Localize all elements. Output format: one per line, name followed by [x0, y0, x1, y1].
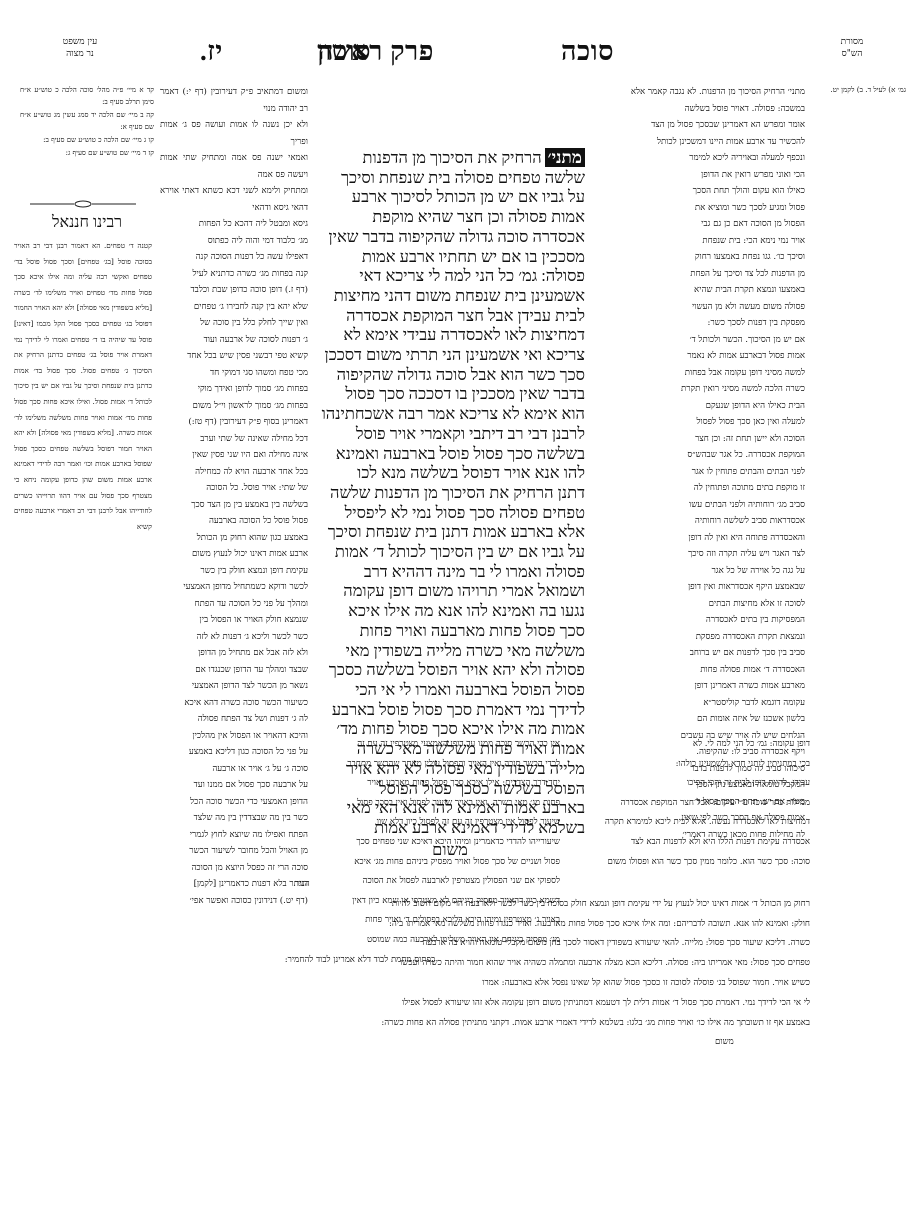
rashi-bottom: דופן עקומה: גמ׳ כל הני למה לי. לא בכי במ… [575, 735, 810, 872]
gemara-line: על גביו אם יש מן הכותל לסיכוך ארבע [315, 187, 585, 207]
gemara-line: מסככין בו אם יש תחתיו ארבע אמות [315, 247, 585, 267]
tosafot-line: פסול ושניים של סכך פסול ואויר מפסיק ביני… [160, 853, 560, 873]
rashi-line: לפני הבתים והבתים פתוחין לו אגר [590, 464, 805, 481]
masoret-note: גמ׳ א) לעיל ד. ב) לקמן יט. [816, 84, 906, 96]
mishnah-lead-word: מתני׳ [545, 148, 585, 167]
gemara-line: משלשה מאי כשרה מלייה בשפודין מאי [315, 641, 585, 661]
tosafot-line: מג׳ כלבוד דמי והוה ליה כפתוס [160, 233, 308, 250]
gemara-line: לרבנן דבי רב דיתבי וקאמרי אויר פוסל [315, 424, 585, 444]
rashi-line: מן הדפנות לכל צד וסיכך על הפחת [590, 266, 805, 283]
ein-mishpat-entry: קו ג מיי׳ שם הלכה כ טוש״ע שם סעיף ב: [20, 134, 154, 146]
tosafot-line: מכי טפח ומשהו סגי דמוקי חד [160, 365, 308, 382]
rashi-wide-line: טפחים סכך פסול: מאי אמריתו ביה: פסולה. ד… [155, 954, 810, 974]
rashi-line: כשרה הלכה למשה מסיני רואין תקרת [590, 381, 805, 398]
tosafot-line: בשלשה בין באמצע בין מן הצד סכך [160, 497, 308, 514]
gemara-line: צריכא ואי אשמעינן הני תרתי משום דסככן [315, 345, 585, 365]
tosafot-line: בפחות מג׳ סמוך לראשון וי״ל משום [160, 398, 308, 415]
gemara-line: סכך פסול פחות מארבעה ואויר פחות [315, 621, 585, 641]
tosafot-line: בפחות מג׳ סמוך לדופן ואידך מוקי [160, 381, 308, 398]
rashi-line: המוקפת אכסדרה. כל אגר שבהש״ס [590, 447, 805, 464]
tosafot-line: דאפילו עשה כל דפנות הסוכה קנה [160, 249, 308, 266]
ornament-icon [28, 200, 138, 208]
rashi-line: כאילו הוא עקום והולך תחת הסכך [590, 183, 805, 200]
gemara-line: טפחים פסולה סכך פסול נמי לא ליפסיל [315, 503, 585, 523]
rashi-wide-line: כשרה. דליכא שיעור סכך פסול: מלייה. להאי … [155, 934, 810, 954]
gemara-line: שלשה טפחים פסולה בית שנפחת וסיכך [315, 168, 585, 188]
gemara-line: ושמואל אמרי תרויהו משום דופן עקומה [315, 581, 585, 601]
rashi-wide-line: באמצע אף זו תשובתך מה אילו כו׳ ואויר פחו… [155, 1014, 810, 1034]
gemara-line: אלא בארבע אמות דתנן בית שנפחת וסיכך [315, 522, 585, 542]
masoret-hashas-notes: גמ׳ א) לעיל ד. ב) לקמן יט. [816, 84, 906, 96]
rashi-line: על גגה כל אוירה של כל אגר [590, 563, 805, 580]
tosafot-line: לכשר ודוקא כשמתחיל מדופן האמצעי [160, 579, 308, 596]
rashi-wide-line: חולק: ואמינא להו אנא. תשובה לדבריהם: ומה… [155, 915, 810, 935]
rashi-wide-bottom: הנגד רחוק מן הכותל ד׳ אמות דאינו יכול לנ… [155, 875, 810, 1053]
gemara-line: פסול הפוסל בארבעה ואמרו לי אי הכי [315, 680, 585, 700]
gemara-line: נגעו בה ואמינא להו אנא מה אילו איכא [315, 601, 585, 621]
tosafot-line: ולא לזה אבל אם מתחיל מן הדופן [160, 645, 308, 662]
tosafot-line: באמצע כגון שהוא רחוק מן הכותל [160, 530, 308, 547]
folio-number: יז. [200, 36, 223, 67]
tractate-name-left: סוכה [318, 36, 371, 67]
gemara-line: על גביו אם יש בין הסיכוך לכותל ד׳ אמות [315, 542, 585, 562]
rashi-line: אם יש מן הסיכוך. הכשר ולכותל ד׳ [590, 332, 805, 349]
rashi-line: לצד האגר ויש עליה תקרה וזה סיכך [590, 546, 805, 563]
rashi-line: המפסיקות בין בתים לאכסדרה [590, 612, 805, 629]
tosafot-line: (דף ז.) דופן סוכה כדופן שבת וכלבד [160, 282, 308, 299]
gemara-line: פסולה ולא יהא אויר הפוסל בשלשה כסכך [315, 660, 585, 680]
tosafot-line: קנה בפחות מג׳ כשרה כדתניא לעיל [160, 266, 308, 283]
ornament-divider [28, 200, 138, 211]
ein-mishpat-entry: קז ד מיי׳ שם טוש״ע שם סעיף ג: [20, 147, 154, 159]
rashi-line: פסול ומגיע לסכך כשר ומוציא את [590, 200, 805, 217]
tosafot-line: פסול פוסל כל הסוכה בארבעה [160, 513, 308, 530]
rashi-line: סביב בין סכך לדפנות אם יש ברוחב [590, 645, 805, 662]
tosafot-catchword: הנגד [155, 875, 810, 895]
rashi-line: ונמצאת תקרת האכסדרה מפסקת [590, 629, 805, 646]
rashi-line: דמחיצות לאו לאכסדרה נעשה. אלא לבית ליכא … [575, 813, 810, 833]
rashi-line: במשכה: פסולה. דאויר פוסל בשלשה [590, 101, 805, 118]
tosafot-line: של שתי: אויר פוסל. כל הסוכה [160, 480, 308, 497]
rashi-line: מארבע אמות כשרה דאמרינן דופן [590, 678, 805, 695]
rashi-line: וסיכך כו׳. גגו נפחת באמצעו רחוק [590, 249, 805, 266]
rashi-line: בכי במתניתין ליתני חדא ולשמעינן כולהו: [575, 755, 810, 775]
rashi-line: למשה מסיני דופן עקומה אבל בפחות [590, 365, 805, 382]
tosafot-line: שנמצא חולק האויר או הפסול בין [160, 612, 308, 629]
rashi-line: למעלה ואין כאן סכך פסול לפסול [590, 414, 805, 431]
rashi-line: סביב מג׳ רוחותיה ולפני הבתים עשו [590, 497, 805, 514]
ein-mishpat-entry: קד א מיי׳ פ״ה מהל׳ סוכה הלכה כ טוש״ע א״ח… [20, 84, 154, 108]
masoret-hashas-label: מסורת הש"ס [812, 36, 892, 60]
tosafot-line: כשיעור הכשר סוכה כשרה דהא איכא [160, 695, 308, 712]
gemara-line: מתני׳הרחיק את הסיכוך מן הדפנות [315, 148, 585, 168]
rashi-wide-line: כשיש אויר. חמור שפוסל בג׳ פוסלה לסוכה זו… [155, 974, 810, 994]
page-catchword: משום [155, 1033, 810, 1053]
tosafot-line: ארבע אמות דאינו יכול לנעוץ משום [160, 546, 308, 563]
rashi-wide-line: לי אי הכי לדידך נמי. דאמרת סכך פסול ד׳ א… [155, 994, 810, 1014]
gemara-line: להו אנא אויר דפוסל בשלשה מנא לכו [315, 463, 585, 483]
rashi-line: אומר ומפרש הא דאמרינן שבסכך פסול מן הצד [590, 117, 805, 134]
gemara-line: פסולה ואמרו לי בר מינה דההיא דרב [315, 562, 585, 582]
tosafot-line: לה ג׳ דפנות ושל צד הפתח פסולה [160, 711, 308, 728]
rabbeinu-chananel-paragraph: קטנה ד׳ טפחים. הא דאמור רבנן דבי רב האוי… [14, 238, 152, 534]
rashi-line: שבאמצע היקף אכסדראות ואין דופן [590, 579, 805, 596]
rashi-line: הכי ואוני מפרש רואין את הדופן [590, 167, 805, 184]
rabbeinu-chananel-text: קטנה ד׳ טפחים. הא דאמור רבנן דבי רב האוי… [14, 238, 152, 534]
gemara-line: אמות פסולה וכן חצר שהיא מוקפת [315, 207, 585, 227]
ein-mishpat-entry: קה ב מיי׳ שם הלכה יד סמג עשין מג טוש״ע א… [20, 109, 154, 133]
tosafot-line: כשר לכשר וליכא ג׳ דפנות לא לזה [160, 629, 308, 646]
rashi-line: ממילות כתר סוכה ע״י עיקום: אבל חצר המוקפ… [575, 794, 810, 814]
rashi-line: בלשון אשכנז של איזה אומות הם [590, 711, 805, 728]
rashi-line: הבית כאילו היא הדופן שנעקם [590, 398, 805, 415]
tosafot-line: שבצד ומהלך עד הדופן שכנגדו אם [160, 662, 308, 679]
rashi-line: באמצעו ונמצא תקרת הבית שהיא [590, 282, 805, 299]
rashi-wide-line: רחוק מן הכותל ד׳ אמות דאינו יכול לנעוץ ע… [155, 895, 810, 915]
tosafot-line: ומשום דמתאיב פ״ק דעירובין (דף י:) דאמר ר… [160, 84, 308, 117]
tosafot-line: אינה מחילה ואם היו שני פסין שאין [160, 447, 308, 464]
tosafot-line: בכל אחד ארבעה הויא לה כמחילה [160, 464, 308, 481]
rashi-line: הפסול מן הסוכה דאם כן גם גבי [590, 216, 805, 233]
rashi-line: אויר נמי נימא הכי: בית שנפחת [590, 233, 805, 250]
tosafot-line: לכדי הכשר סוכה ואין האויר והפסול עולין מ… [160, 755, 560, 775]
rashi-line: הסוכה ולא יישן תחת זה: וכן חצר [590, 431, 805, 448]
rashi-line: זו מוקפת בתים מתוכה ופתוחין לה [590, 480, 805, 497]
gemara-line: הוא אימא לא צריכא אמר רבה אשכחתינהו [315, 404, 585, 424]
rashi-line: להכשיר עד ארבע אמות היינו דמשכינן לכותל [590, 134, 805, 151]
tosafot-line: קשיא טפי דבשני פסין שיש בכל אחד [160, 348, 308, 365]
tosafot-line: נשאר מן הכשר לצד הדופן האמצעי [160, 678, 308, 695]
rashi-line: מתני׳ הרחיק הסיכוך מן הדפנות. לא נגבה קא… [590, 84, 805, 101]
tosafot-line: ומהלך על פני כל הסוכה עד הפתח [160, 596, 308, 613]
tosafot-line: דכל מחילה שאינה של שתי וערב [160, 431, 308, 448]
gemara-line: אכסדרה סוכה גדולה שהקיפוה בדבר שאין [315, 227, 585, 247]
rashi-line: אכסדרה עקימת דפנות הללו היא ולא לדפנות ה… [575, 833, 810, 853]
tosafot-line: שיעור לפסול אין מצטרפין זה עם זה לפסול כ… [160, 813, 560, 833]
rashi-line: ונכפף למעלה ובאויריה ליכא למימר [590, 150, 805, 167]
gemara-line: פסולה: גמ׳ כל הני למה לי צריכא דאי [315, 266, 585, 286]
tosafot-line: גיסא ומבטל ליה דהכא כל הפחות [160, 216, 308, 233]
gemara-line: לדידך נמי דאמרת סכך פסול פוסל בארבע [315, 700, 585, 720]
rashi-line: והאכסדרה פתוחה היא ואין לה דופן [590, 530, 805, 547]
gemara-line: דמחיצות לאו לאכסדרה עבידי אימא לא [315, 325, 585, 345]
gemara-line: סכך כשר הוא אבל סוכה גדולה שהקיפוה [315, 365, 585, 385]
rashi-line: סוכה: סכך כשר הוא. כלומר ממין סכך כשר הו… [575, 853, 810, 873]
tosafot-line: ג׳ דפנות לסוכה של ארבעה ועוד [160, 332, 308, 349]
gemara-line: בדבר שאין מסככין בו דסככה סכך פסול [315, 384, 585, 404]
tosafot-line: ולא יכן נשנה לו אמות ועושה פס ג׳ אמות ופ… [160, 117, 308, 150]
tractate-name-right: סוכה [561, 36, 614, 67]
tosafot-line: דאמרינן בסוף פ״ק דעירובין (דף טז:) [160, 414, 308, 431]
tosafot-line: שלא יהא בין קנה לחבירו ג׳ טפחים [160, 299, 308, 316]
tosafot-line: ואין שייך לחלק כלל בין סוכה של [160, 315, 308, 332]
rashi-commentary: מתני׳ הרחיק הסיכוך מן הדפנות. לא נגבה קא… [590, 84, 805, 843]
gemara-line: דתנן הרחיק את הסיכוך מן הדפנות שלשה [315, 483, 585, 503]
gemara-line: בשלשה סכך פסול פוסל בארבעה ואמינא [315, 444, 585, 464]
tosafot-line: פחות מג׳ מאי כשרה. ואין באויר שיעור לפסו… [160, 794, 560, 814]
gemara-line: לבית עבידן אבל חצר המוקפת אכסדרה [315, 306, 585, 326]
rabbeinu-chananel-title: רבינו חננאל [20, 214, 154, 232]
tosafot-line: יחד דרך הצדדים: אילו איכא סכך פסול פחות … [160, 774, 560, 794]
tosafot-line: ואמאי ישנה פס אמה ומתחיק שתי אמות ויעשה … [160, 150, 308, 183]
rashi-line: דופן עקומה: גמ׳ כל הני למה לי. לא [575, 735, 810, 755]
page-header: מסורת הש"ס סוכה פרק ראשון סוכה יז. עין מ… [0, 36, 914, 76]
rashi-line: לסוכה זו אלא מחיצות הבתים [590, 596, 805, 613]
rashi-line: האכסדרה ד׳ אמות פסולה פחות [590, 662, 805, 679]
rashi-line: עקומה דוגמא לדבר קוליסטר״א [590, 695, 805, 712]
rashi-line: אמות פסול דבארבע אמות לא נאמר [590, 348, 805, 365]
tosafot-line: ומתחיק ולימא לשני דכא כשתא דאתי אוירא דה… [160, 183, 308, 216]
rashi-line: מפסקת בין דפנות לסכך כשר: [590, 315, 805, 332]
rashi-line: עבידן. להיות דופן לבית זה והכי הפיכו [575, 774, 810, 794]
gemara-line: אשמעינן בית שנפחת משום דהני מחיצות [315, 286, 585, 306]
tosafot-line: אין כדי הכשר סוכה ממנו עד דופן האמצעי מצ… [160, 735, 560, 755]
rashi-line: פסולה משום מעשה ולא מן העשוי [590, 299, 805, 316]
rashi-line: אכסדראות סביב לשלשה רוחותיה [590, 513, 805, 530]
tosafot-line: עקימת דופן ונמצא חולק בין כשר [160, 563, 308, 580]
ein-mishpat-notes: קד א מיי׳ פ״ה מהל׳ סוכה הלכה כ טוש״ע א״ח… [20, 84, 154, 160]
tosafot-line: שיעורייהו להדדי כדאמרינן ומיהו היכא דאיכ… [160, 833, 560, 853]
ein-mishpat-label: עין משפט נר מצוה [40, 36, 120, 60]
